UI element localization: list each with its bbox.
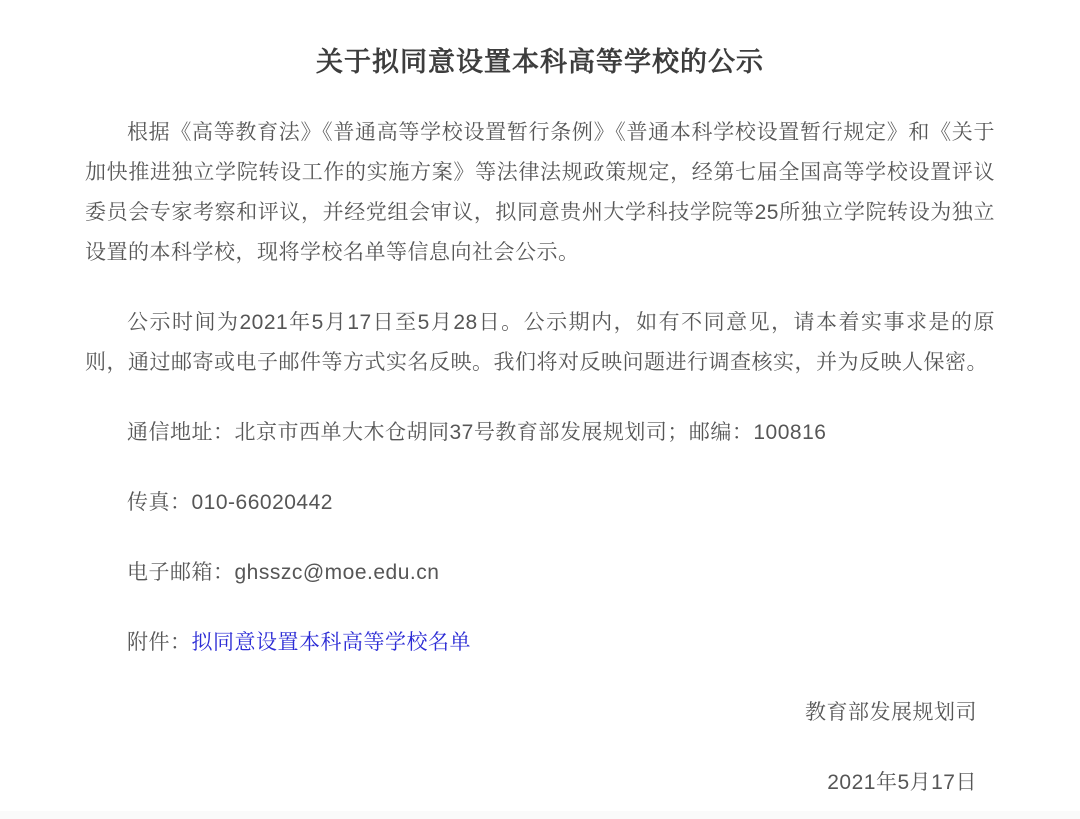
contact-address-label: 通信地址： xyxy=(127,421,235,444)
paragraph-notice-period: 公示时间为2021年5月17日至5月28日。公示期内，如有不同意见，请本着实事求… xyxy=(85,303,995,383)
attachment-link[interactable]: 拟同意设置本科高等学校名单 xyxy=(192,631,472,654)
contact-address-line: 通信地址：北京市西单大木仓胡同37号教育部发展规划司；邮编：100816 xyxy=(85,413,995,453)
contact-fax-label: 传真： xyxy=(127,491,192,514)
contact-email-value: ghsszc@moe.edu.cn xyxy=(235,561,440,584)
signature-department: 教育部发展规划司 xyxy=(85,693,995,733)
contact-address-value: 北京市西单大木仓胡同37号教育部发展规划司；邮编：100816 xyxy=(235,421,827,444)
paragraph-basis: 根据《高等教育法》《普通高等学校设置暂行条例》《普通本科学校设置暂行规定》和《关… xyxy=(85,113,995,273)
document-content: 关于拟同意设置本科高等学校的公示 根据《高等教育法》《普通高等学校设置暂行条例》… xyxy=(0,0,1080,803)
document-page: 关于拟同意设置本科高等学校的公示 根据《高等教育法》《普通高等学校设置暂行条例》… xyxy=(0,0,1080,819)
contact-email-line: 电子邮箱：ghsszc@moe.edu.cn xyxy=(85,553,995,593)
contact-fax-line: 传真：010-66020442 xyxy=(85,483,995,523)
signature-date: 2021年5月17日 xyxy=(85,763,995,803)
attachment-label: 附件： xyxy=(127,631,192,654)
contact-fax-value: 010-66020442 xyxy=(192,491,333,514)
page-title: 关于拟同意设置本科高等学校的公示 xyxy=(85,45,995,79)
attachment-line: 附件：拟同意设置本科高等学校名单 xyxy=(85,623,995,663)
contact-email-label: 电子邮箱： xyxy=(127,561,235,584)
page-bottom-edge xyxy=(0,811,1080,819)
